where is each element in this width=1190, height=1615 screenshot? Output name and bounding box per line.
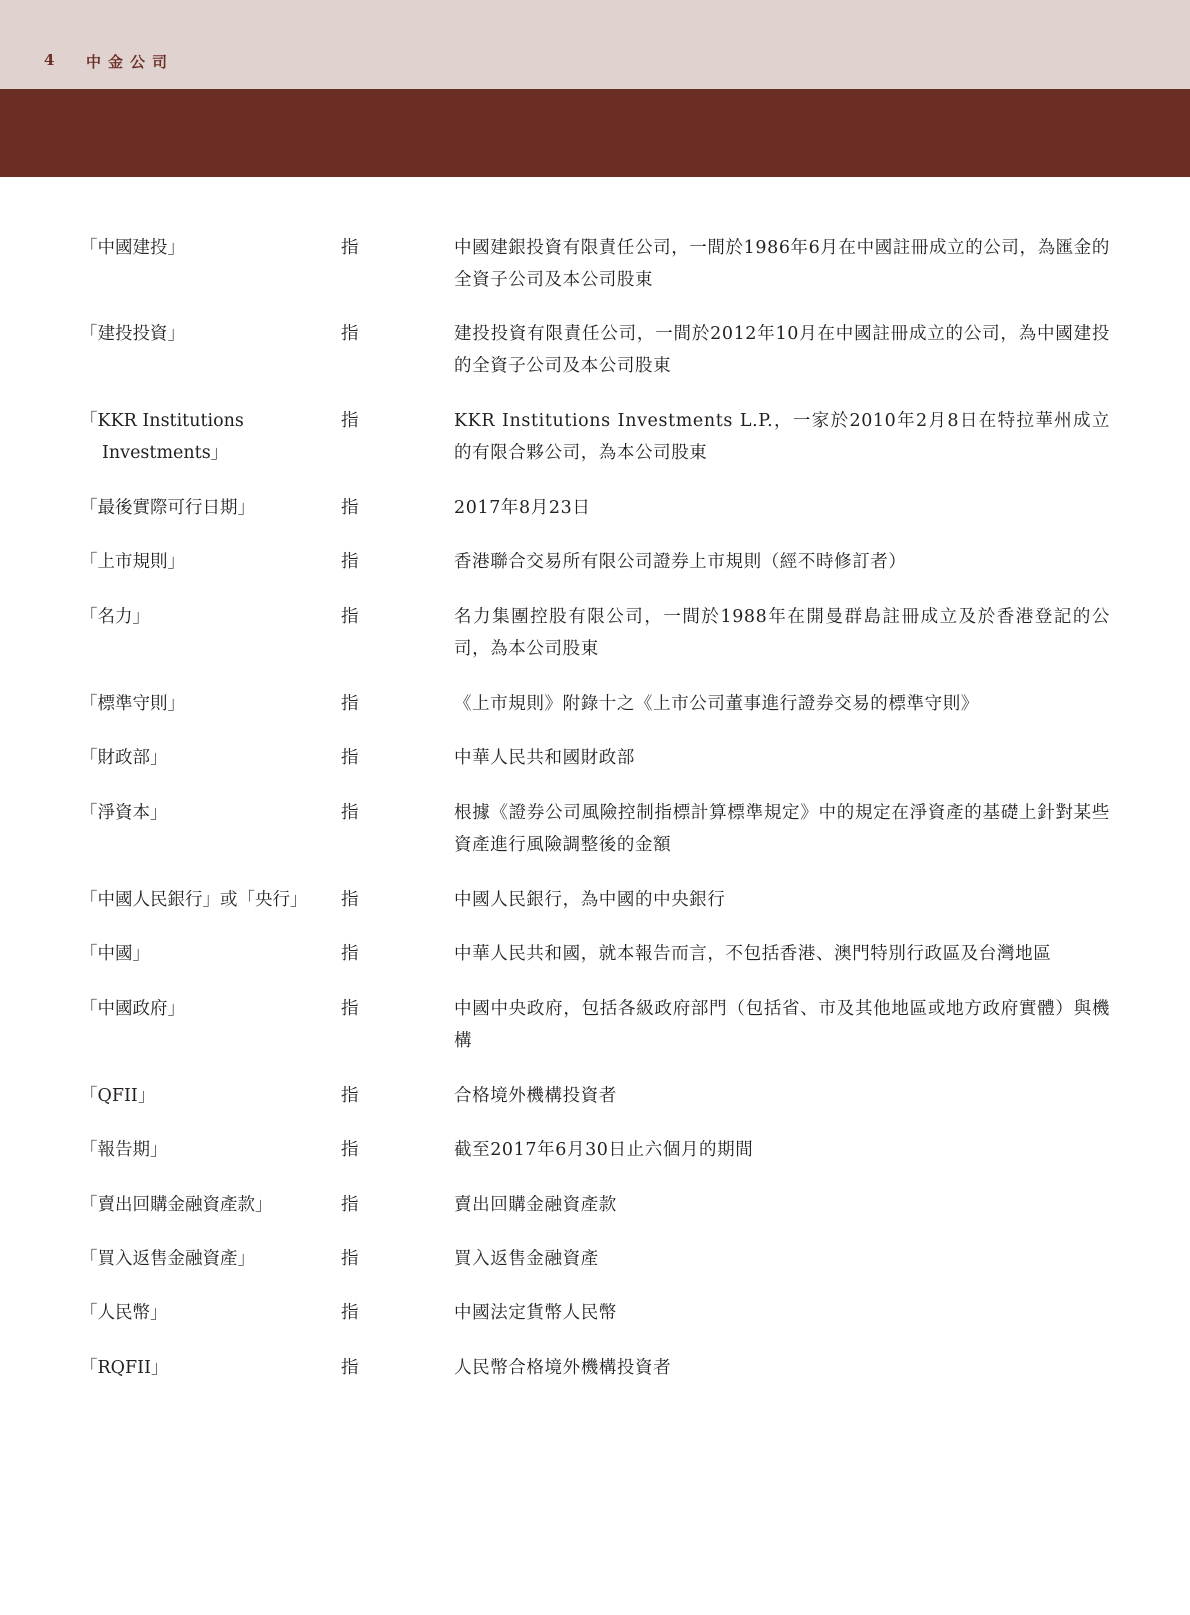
term: 「RQFII」 (80, 1353, 330, 1385)
term: 「最後實際可行日期」 (80, 493, 330, 525)
term: 「QFII」 (80, 1081, 330, 1113)
term: 「淨資本」 (80, 798, 330, 830)
term: 「名力」 (80, 602, 330, 634)
term-text: 「中國」 (80, 944, 150, 964)
means-label: 指 (341, 885, 371, 917)
definition-text: 根據《證券公司風險控制指標計算標準規定》中的規定在淨資產的基礎上針對某些資產進行… (454, 798, 1110, 861)
definition-text: 建投投資有限責任公司，一間於2012年10月在中國註冊成立的公司，為中國建投的全… (454, 319, 1110, 382)
definition-text: 中國建銀投資有限責任公司，一間於1986年6月在中國註冊成立的公司，為匯金的全資… (454, 233, 1110, 296)
term-text: 「淨資本」 (80, 803, 168, 823)
means-label: 指 (341, 1298, 371, 1330)
running-header-band: 4 中金公司 (0, 0, 1190, 89)
definition-text: 人民幣合格境外機構投資者 (454, 1353, 1110, 1385)
definition-text: 賣出回購金融資產款 (454, 1190, 1110, 1222)
definition-text: 合格境外機構投資者 (454, 1081, 1110, 1113)
means-label: 指 (341, 406, 371, 438)
means-label: 指 (341, 547, 371, 579)
term-text: 「買入返售金融資產」 (80, 1249, 255, 1269)
means-label: 指 (341, 319, 371, 351)
term-text: 「中國政府」 (80, 999, 185, 1019)
definition-text: 2017年8月23日 (454, 493, 1110, 525)
term: 「中國建投」 (80, 233, 330, 265)
term: 「KKR InstitutionsInvestments」 (80, 406, 330, 469)
means-label: 指 (341, 939, 371, 971)
means-label: 指 (341, 602, 371, 634)
term-text: 「上市規則」 (80, 552, 185, 572)
means-label: 指 (341, 798, 371, 830)
means-label: 指 (341, 1190, 371, 1222)
term-text: 「名力」 (80, 607, 150, 627)
definition-text: 中國中央政府，包括各級政府部門（包括省、市及其他地區或地方政府實體）與機構 (454, 994, 1110, 1057)
means-label: 指 (341, 994, 371, 1026)
definition-text: 香港聯合交易所有限公司證券上市規則（經不時修訂者） (454, 547, 1110, 579)
definition-text: 中國人民銀行，為中國的中央銀行 (454, 885, 1110, 917)
term-text: 「QFII」 (80, 1086, 155, 1106)
term: 「中國」 (80, 939, 330, 971)
means-label: 指 (341, 493, 371, 525)
term-text: 「建投投資」 (80, 324, 185, 344)
term: 「建投投資」 (80, 319, 330, 351)
term: 「中國人民銀行」或「央行」 (80, 885, 330, 917)
term-text: 「標準守則」 (80, 694, 185, 714)
means-label: 指 (341, 743, 371, 775)
term-text: 「中國建投」 (80, 238, 185, 258)
term-text: 「報告期」 (80, 1140, 168, 1160)
definition-text: 截至2017年6月30日止六個月的期間 (454, 1135, 1110, 1167)
means-label: 指 (341, 1353, 371, 1385)
company-name: 中金公司 (86, 51, 174, 72)
term: 「財政部」 (80, 743, 330, 775)
term: 「標準守則」 (80, 689, 330, 721)
term: 「買入返售金融資產」 (80, 1244, 330, 1276)
term: 「人民幣」 (80, 1298, 330, 1330)
term-text: 「財政部」 (80, 748, 168, 768)
term-text: 「KKR Institutions (80, 411, 244, 431)
term-text: 「人民幣」 (80, 1303, 168, 1323)
term-text: 「最後實際可行日期」 (80, 498, 255, 518)
term-text: 「中國人民銀行」或「央行」 (80, 890, 308, 910)
term: 「賣出回購金融資產款」 (80, 1190, 330, 1222)
means-label: 指 (341, 1244, 371, 1276)
term: 「報告期」 (80, 1135, 330, 1167)
term: 「中國政府」 (80, 994, 330, 1026)
definition-text: 中華人民共和國，就本報告而言，不包括香港、澳門特別行政區及台灣地區 (454, 939, 1110, 971)
page-number: 4 (44, 51, 54, 69)
definition-text: 中華人民共和國財政部 (454, 743, 1110, 775)
term-text: 「賣出回購金融資產款」 (80, 1195, 273, 1215)
term-text: 「RQFII」 (80, 1358, 169, 1378)
definition-text: 買入返售金融資產 (454, 1244, 1110, 1276)
means-label: 指 (341, 1135, 371, 1167)
means-label: 指 (341, 689, 371, 721)
section-title-band: 釋義 (0, 89, 1190, 177)
definition-text: 中國法定貨幣人民幣 (454, 1298, 1110, 1330)
term: 「上市規則」 (80, 547, 330, 579)
means-label: 指 (341, 1081, 371, 1113)
definition-text: KKR Institutions Investments L.P.，一家於201… (454, 406, 1110, 469)
definition-text: 《上市規則》附錄十之《上市公司董事進行證券交易的標準守則》 (454, 689, 1110, 721)
definition-text: 名力集團控股有限公司，一間於1988年在開曼群島註冊成立及於香港登記的公司，為本… (454, 602, 1110, 665)
term-text-line2: Investments」 (80, 438, 330, 470)
means-label: 指 (341, 233, 371, 265)
